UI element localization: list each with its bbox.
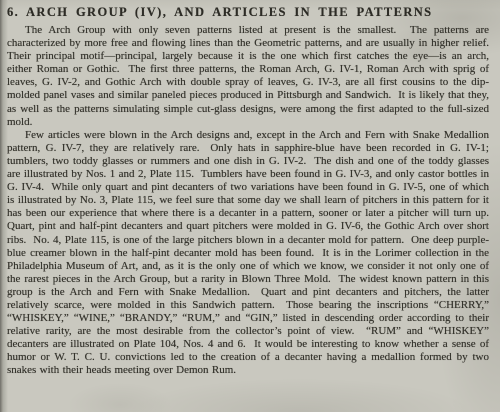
paragraph-arch-group-intro: The Arch Group with only seven patterns … — [7, 24, 489, 129]
section-heading: 6. ARCH GROUP (IV), AND ARTICLES IN THE … — [7, 5, 489, 20]
scanned-book-page: 6. ARCH GROUP (IV), AND ARTICLES IN THE … — [0, 0, 500, 412]
text-block: 6. ARCH GROUP (IV), AND ARTICLES IN THE … — [7, 5, 489, 378]
paragraph-arch-group-articles: Few articles were blown in the Arch desi… — [7, 129, 489, 378]
